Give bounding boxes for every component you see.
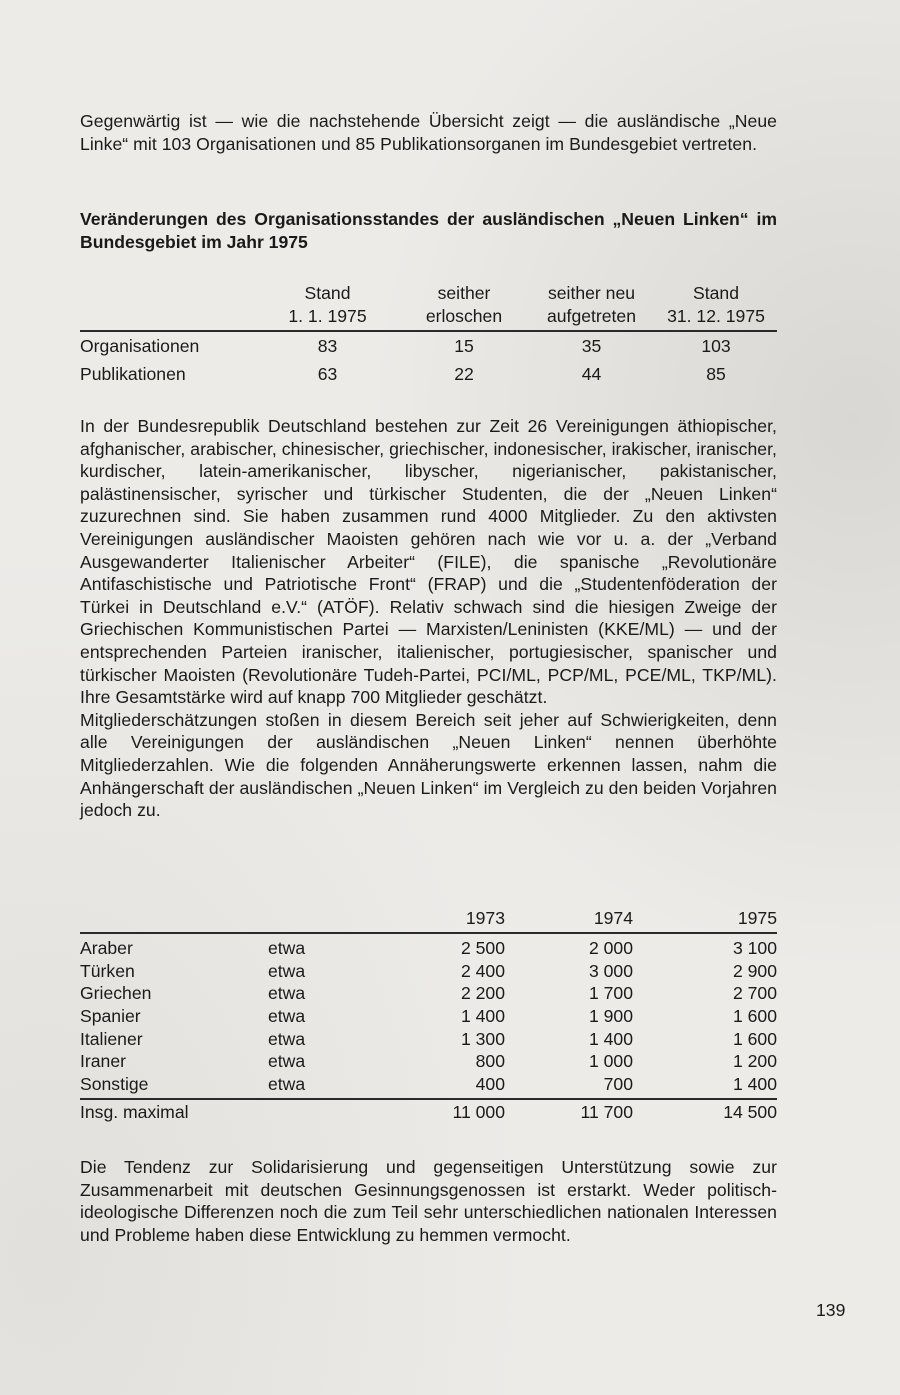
table-row: Sonstigeetwa4007001 400 (80, 1073, 777, 1096)
qualifier: etwa (268, 1005, 378, 1028)
cell: 800 (378, 1050, 505, 1073)
qualifier: etwa (268, 1050, 378, 1073)
table-row: Türkenetwa2 4003 0002 900 (80, 960, 777, 983)
qualifier: etwa (268, 1028, 378, 1051)
cell: 1 600 (633, 1005, 777, 1028)
cell: 2 500 (378, 937, 505, 960)
cell: 700 (505, 1073, 633, 1096)
qualifier: etwa (268, 1073, 378, 1096)
qualifier: etwa (268, 982, 378, 1005)
cell: 1 700 (505, 982, 633, 1005)
table2-header: 1973 1974 1975 (80, 906, 777, 934)
cell: 3 000 (505, 960, 633, 983)
table-row: Spanieretwa1 4001 9001 600 (80, 1005, 777, 1028)
page-number: 139 (816, 1300, 845, 1321)
table-row: Iraneretwa8001 0001 200 (80, 1050, 777, 1073)
table2-header-cell: 1973 (378, 906, 505, 932)
table1-header-cell: seither neuaufgetreten (528, 282, 655, 330)
total-label: Insg. maximal (80, 1100, 268, 1124)
table2-header-cell: 1975 (633, 906, 777, 932)
row-label: Italiener (80, 1028, 268, 1051)
cell: 2 400 (378, 960, 505, 983)
row-label: Iraner (80, 1050, 268, 1073)
intro-paragraph: Gegenwärtig ist — wie die nachstehende Ü… (80, 110, 777, 155)
cell: 44 (528, 360, 655, 388)
estimate-paragraph: Mitgliederschätzungen stoßen in diesem B… (80, 709, 777, 822)
table1-header-cell: Stand31. 12. 1975 (655, 282, 777, 330)
row-label: Publikationen (80, 360, 255, 388)
table-row: Griechenetwa2 2001 7002 700 (80, 982, 777, 1005)
cell: 11 700 (505, 1100, 633, 1124)
table2-body: Araberetwa2 5002 0003 100Türkenetwa2 400… (80, 934, 777, 1100)
main-paragraph: In der Bundesrepublik Deutschland besteh… (80, 415, 777, 709)
table-row: Publikationen 63 22 44 85 (80, 360, 777, 388)
table1-header: Stand1. 1. 1975 seithererloschen seither… (80, 282, 777, 332)
closing-paragraph: Die Tendenz zur Solidarisierung und gege… (80, 1156, 777, 1246)
cell: 11 000 (378, 1100, 505, 1124)
table2-header-cell: 1974 (505, 906, 633, 932)
table1-header-cell: Stand1. 1. 1975 (255, 282, 400, 330)
cell: 35 (528, 332, 655, 360)
table1-title: Veränderungen des Organisationsstandes d… (80, 208, 777, 253)
cell (268, 1100, 378, 1124)
cell: 1 900 (505, 1005, 633, 1028)
table-row: Araberetwa2 5002 0003 100 (80, 937, 777, 960)
cell: 1 400 (633, 1073, 777, 1096)
row-label: Araber (80, 937, 268, 960)
cell: 400 (378, 1073, 505, 1096)
cell: 103 (655, 332, 777, 360)
cell: 1 000 (505, 1050, 633, 1073)
table2-header-cell (80, 906, 268, 932)
cell: 2 000 (505, 937, 633, 960)
membership-table: 1973 1974 1975 Araberetwa2 5002 0003 100… (80, 906, 777, 1124)
row-label: Sonstige (80, 1073, 268, 1096)
cell: 1 300 (378, 1028, 505, 1051)
qualifier: etwa (268, 937, 378, 960)
table2-total-row: Insg. maximal 11 000 11 700 14 500 (80, 1100, 777, 1124)
row-label: Griechen (80, 982, 268, 1005)
cell: 3 100 (633, 937, 777, 960)
cell: 14 500 (633, 1100, 777, 1124)
document-page: Gegenwärtig ist — wie die nachstehende Ü… (80, 110, 777, 155)
table1-header-cell: seithererloschen (400, 282, 528, 330)
qualifier: etwa (268, 960, 378, 983)
table-row: Italieneretwa1 3001 4001 600 (80, 1028, 777, 1051)
cell: 63 (255, 360, 400, 388)
cell: 85 (655, 360, 777, 388)
cell: 2 900 (633, 960, 777, 983)
table-row: Organisationen 83 15 35 103 (80, 332, 777, 360)
cell: 1 400 (505, 1028, 633, 1051)
cell: 2 700 (633, 982, 777, 1005)
cell: 1 200 (633, 1050, 777, 1073)
row-label: Türken (80, 960, 268, 983)
cell: 1 400 (378, 1005, 505, 1028)
cell: 1 600 (633, 1028, 777, 1051)
cell: 15 (400, 332, 528, 360)
cell: 83 (255, 332, 400, 360)
cell: 2 200 (378, 982, 505, 1005)
table1-header-cell (80, 282, 255, 330)
cell: 22 (400, 360, 528, 388)
organization-status-table: Stand1. 1. 1975 seithererloschen seither… (80, 282, 777, 388)
row-label: Spanier (80, 1005, 268, 1028)
row-label: Organisationen (80, 332, 255, 360)
table2-header-cell (268, 906, 378, 932)
